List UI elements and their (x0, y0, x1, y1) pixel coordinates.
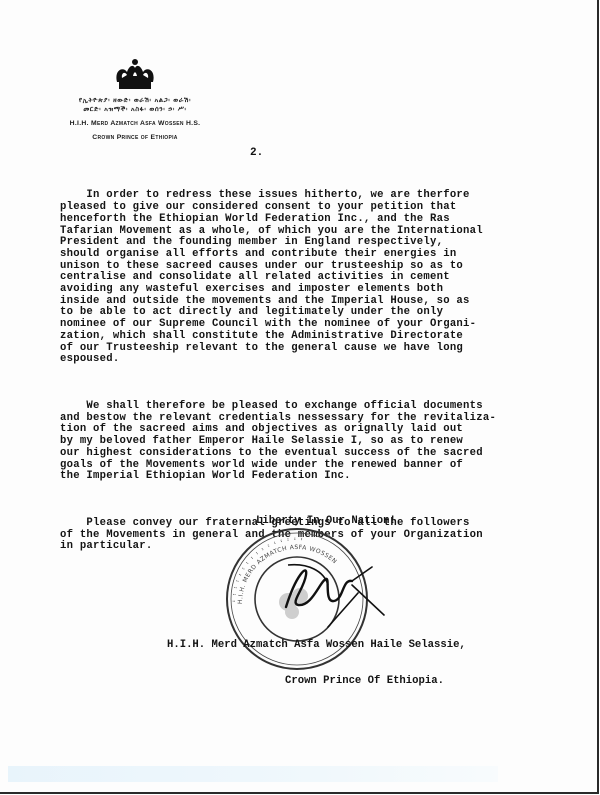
text-line: espoused. (60, 354, 560, 366)
text-line: the Imperial Ethiopian World Federation … (60, 471, 560, 483)
paragraph-2: We shall therefore be pleased to exchang… (60, 401, 560, 483)
signatory-name: H.I.H. Merd Azmatch Asfa Wossen Haile Se… (167, 640, 466, 652)
text-line: should organise all efforts and contribu… (60, 249, 560, 261)
text-line: zation, which shall constitute the Admin… (60, 331, 560, 343)
signature-block: H.I.H. Merd Azmatch Asfa Wossen Haile Se… (167, 617, 466, 711)
text-line: We shall therefore be pleased to exchang… (60, 401, 560, 413)
letterhead-amharic-line-1: የኢትዮጵያ፡ ዘውድ፡ ወራሽ፡ አልጋ፡ ወራሽ፡ (40, 96, 230, 105)
text-line: henceforth the Ethiopian World Federatio… (60, 214, 560, 226)
signatory-title: Crown Prince Of Ethiopia. (167, 676, 466, 688)
text-line: avoiding any wasteful exercises and impo… (60, 284, 560, 296)
letter-page: የኢትዮጵያ፡ ዘውድ፡ ወራሽ፡ አልጋ፡ ወራሽ፡ መርድ፡ አዝማች፡ አ… (0, 0, 599, 794)
crown-icon (113, 58, 157, 92)
paragraph-1: In order to redress these issues hithert… (60, 190, 560, 366)
letterhead: የኢትዮጵያ፡ ዘውድ፡ ወራሽ፡ አልጋ፡ ወራሽ፡ መርድ፡ አዝማች፡ አ… (40, 58, 230, 143)
text-line: of our Trusteeship relevant to the gener… (60, 343, 560, 355)
letterhead-amharic-line-2: መርድ፡ አዝማች፡ አስፋ፡ ወሰን፡ ኃ፡ ሥ፡ (40, 105, 230, 114)
letterhead-name: H.I.H. Merd Azmatch Asfa Wossen H.S. (40, 119, 230, 129)
scan-artifact-band (8, 766, 498, 782)
page-number: 2. (250, 147, 263, 159)
letterhead-title: Crown Prince of Ethiopia (40, 133, 230, 143)
text-line: our highest considerations to the eventu… (60, 448, 560, 460)
